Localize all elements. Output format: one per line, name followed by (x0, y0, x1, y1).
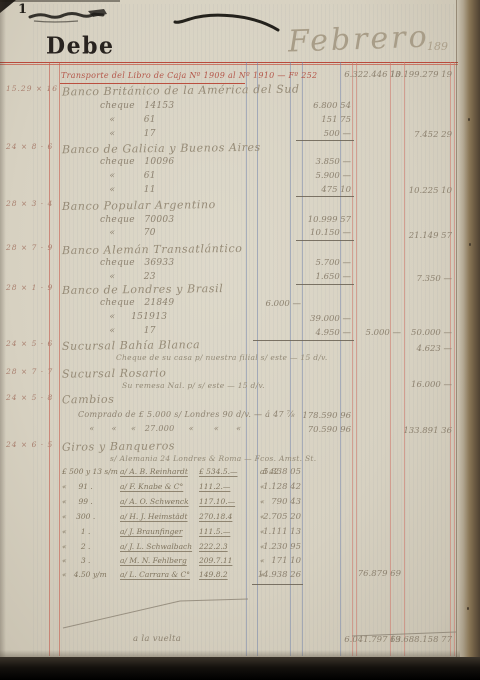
ink-blot (88, 9, 107, 17)
entry-total-col4: 133.891 36 (377, 426, 452, 436)
sum-line (296, 284, 354, 285)
draft-qty: « 1 . (62, 527, 90, 536)
draft-qty: « 91 . (62, 482, 93, 491)
draft-sterling: 111.2.— (199, 482, 230, 491)
entry-line: « 17 (100, 326, 156, 336)
draft-sterling: £ 534.5.— (199, 467, 238, 476)
entry-line: « 23 (100, 272, 156, 282)
draft-qty: « 2 . (62, 542, 90, 551)
entry-total-col4: 16.000 — (377, 380, 452, 390)
entry-note: Su remesa Nal. p/ s/ este — 15 d/v. (122, 381, 265, 390)
entry-line: « 151913 (100, 312, 167, 322)
draft-payee: a/ H. J. Heimstädt (120, 512, 188, 521)
entry-title: Giros y Banqueros (62, 439, 175, 453)
amount-col1: 1.128 42 (241, 482, 301, 492)
sum-line (252, 584, 303, 585)
folio-ref: 15.29 × 16 (6, 84, 58, 93)
draft-payee: a/ J. Braunfinger (120, 527, 182, 536)
draft-qty: « 4.50 y/m (62, 570, 107, 579)
draft-qty: « 3 . (62, 556, 90, 565)
amount-col1: 6.000 — (241, 299, 301, 309)
edge-speck (469, 243, 471, 246)
amount-col2: 3.850 — (291, 157, 351, 167)
entry-line: « 11 (100, 185, 156, 195)
entry-line: cheque 10096 (100, 157, 174, 167)
amount-col2: 5.900 — (291, 171, 351, 181)
folio-ref: 24 × 8 · 6 (6, 142, 58, 151)
transport-label: Transporte del Libro de Caja Nº 1909 al … (61, 71, 317, 80)
sum-line (296, 140, 354, 141)
folio-ref: 24 × 5 · 6 (6, 339, 58, 348)
entry-total-col4: 21.149 57 (377, 231, 452, 241)
draft-payee: a/ F. Knabe & C° (120, 482, 183, 491)
folio-ref: 28 × 1 · 9 (6, 283, 58, 292)
entry-title: Banco de Londres y Brasil (62, 282, 223, 297)
folio-ref: 24 × 6 · 5 (6, 440, 58, 449)
amount-col1: 2.705 20 (241, 512, 301, 522)
entry-line: Comprado de £ 5.000 s/ Londres 90 d/v. —… (78, 410, 295, 419)
amount-col2: 39.000 — (291, 314, 351, 324)
bottom-shadow (0, 650, 460, 657)
entry-total-col4: 7.452 29 (377, 130, 452, 140)
entry-title: Cambios (62, 393, 115, 407)
grand-total-col4: 19.688.158 77 (377, 635, 452, 645)
entry-total-col4: 7.350 — (377, 274, 452, 284)
amount-col1: 1.230 95 (241, 542, 301, 552)
entry-line: cheque 36933 (100, 258, 174, 268)
column-rule-red-5 (450, 62, 451, 656)
page-number: 1 (18, 2, 27, 17)
entry-total-col4: 4.623 — (377, 344, 452, 354)
folio-ref: 28 × 7 · 9 (6, 243, 58, 252)
draft-qty: « 300 . (62, 512, 95, 521)
edge-speck (467, 607, 469, 610)
draft-sterling: 222.2.3 (199, 542, 228, 551)
amount-col2: 6.800 54 (291, 101, 351, 111)
entry-line: cheque 21849 (100, 298, 174, 308)
draft-qty: £ 500 y 13 s/m (62, 467, 118, 476)
sum-line (296, 240, 354, 241)
ink-scribble-2 (34, 21, 78, 22)
closing-diagonal (63, 599, 248, 628)
amount-col2: 178.590 96 (291, 411, 351, 421)
sum-line (296, 196, 354, 197)
amount-col2: 151 75 (291, 115, 351, 125)
column-rule-red-4 (404, 62, 405, 656)
folio-ref: 28 × 7 · 7 (6, 367, 58, 376)
entry-line: « « « 27.000 « « « (78, 424, 241, 433)
draft-qty: « 99 . (62, 497, 93, 506)
amount-col1: 171 10 (241, 556, 301, 566)
entry-note: Cheque de su casa p/ nuestra filial s/ e… (116, 353, 328, 362)
amount-col2: 5.700 — (291, 258, 351, 268)
entry-line: cheque 70003 (100, 215, 174, 225)
amount-col2: 10.150 — (291, 228, 351, 238)
entry-title: Banco Popular Argentino (62, 198, 216, 213)
book-edge (456, 0, 480, 680)
entry-total-col3: 76.879 69 (331, 569, 401, 579)
entry-line: « 61 (100, 115, 156, 125)
entry-title: Banco Británico de la América del Sud (62, 83, 300, 99)
amount-col2: 500 — (291, 129, 351, 139)
draft-sterling: 111.5.— (199, 527, 230, 536)
entry-title: Sucursal Rosario (62, 366, 167, 380)
draft-payee: a/ M. N. Fehlberg (120, 556, 187, 565)
debit-header: Debe (46, 32, 114, 60)
folio-ref: 28 × 3 · 4 (6, 199, 58, 208)
column-rule-red-2 (356, 62, 357, 656)
amount-col2: 1.650 — (291, 272, 351, 282)
left-edge-shadow (0, 0, 6, 657)
column-rule-red-6 (454, 62, 455, 656)
amount-col1: 5.338 05 (241, 467, 301, 477)
transport-total-col4: 13.199.279 19 (377, 70, 452, 80)
margin-rule-1 (49, 62, 50, 656)
ink-scribble (30, 14, 103, 18)
draft-sterling: 270.18.4 (199, 512, 232, 521)
amount-col2: 475 10 (291, 185, 351, 195)
draft-sterling: 117.10.— (199, 497, 235, 506)
entry-line: « 70 (100, 228, 156, 238)
entry-line: cheque 14153 (100, 101, 174, 111)
entry-title: Sucursal Bahía Blanca (62, 338, 200, 353)
margin-rule-2 (59, 62, 60, 656)
entry-title: Banco Alemán Transatlántico (62, 242, 243, 257)
amount-col1: 14.938 26 (241, 570, 301, 580)
draft-sterling: 149.8.2 (199, 570, 228, 579)
year-stub: 189 (427, 40, 448, 53)
amount-col1: 1.111 13 (241, 527, 301, 537)
entry-line: « 17 (100, 129, 156, 139)
month-header: Febrero (287, 20, 430, 60)
entry-line: « 61 (100, 171, 156, 181)
draft-payee: a/ A. B. Reinhardt (120, 467, 188, 476)
entry-title: Banco de Galicia y Buenos Aires (62, 141, 261, 156)
bottom-edge (0, 657, 480, 680)
draft-payee: a/ J. L. Schwalbach (120, 542, 192, 551)
amount-col1: 790 43 (241, 497, 301, 507)
folio-ref: 24 × 5 · 8 (6, 393, 58, 402)
column-rule-red-3 (390, 62, 391, 656)
entry-note: s/ Alemania 24 Londres & Roma — Fcos. Am… (110, 454, 316, 463)
draft-payee: a/ A. O. Schwenck (120, 497, 189, 506)
sum-line (253, 340, 354, 341)
amount-col2: 70.590 96 (291, 425, 351, 435)
entry-total-col4: 50.000 — (377, 328, 452, 338)
ink-flourish (175, 15, 278, 30)
column-rule-red-1 (352, 62, 353, 656)
draft-sterling: 209.7.11 (199, 556, 232, 565)
ledger-page: 1 Debe Febrero 189 Transporte del Libro … (0, 0, 480, 680)
column-rule-blue-5 (340, 62, 341, 656)
draft-payee: a/ L. Carrara & C° (120, 570, 190, 579)
edge-speck (468, 118, 470, 121)
amount-col2: 10.999 57 (291, 215, 351, 225)
entry-total-col4: 10.225 10 (377, 186, 452, 196)
carry-forward-label: a la vuelta (133, 634, 181, 644)
